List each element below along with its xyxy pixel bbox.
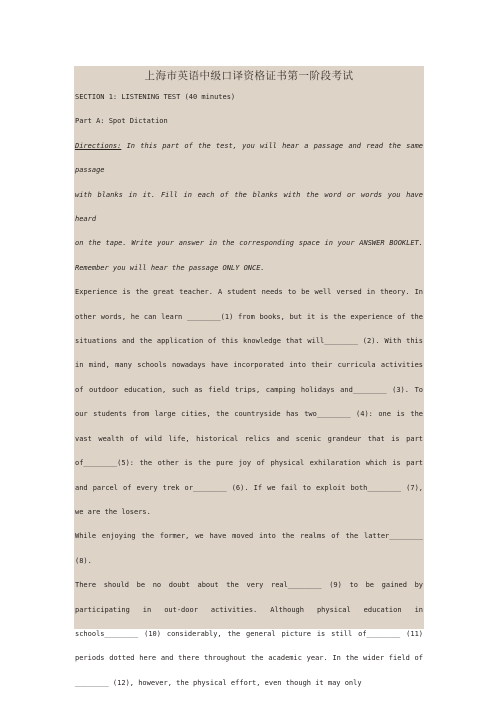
paragraph1-line-4: in mind, many schools nowadays have inco… xyxy=(75,353,423,377)
directions-line-4: Remember you will hear the passage ONLY … xyxy=(75,256,423,280)
paragraph1-line-1: Experience is the great teacher. A stude… xyxy=(75,280,423,304)
directions-line-1-text: In this part of the test, you will hear … xyxy=(75,142,423,174)
part-heading: Part A: Spot Dictation xyxy=(75,109,423,133)
paragraph2-line-6: ________ (12), however, the physical eff… xyxy=(75,671,423,695)
paragraph1-line-3: situations and the application of this k… xyxy=(75,329,423,353)
paragraph1-line-5: of outdoor education, such as field trip… xyxy=(75,378,423,402)
section-heading: SECTION 1: LISTENING TEST (40 minutes) xyxy=(75,85,423,109)
directions-line-1: Directions: In this part of the test, yo… xyxy=(75,134,423,183)
paragraph1-line-8: of________(5): the other is the pure joy… xyxy=(75,451,423,475)
paragraph1-line-6: our students from large cities, the coun… xyxy=(75,402,423,426)
paragraph1-line-10: we are the losers. xyxy=(75,500,423,524)
scanned-exam-document: 上海市英语中级口译资格证书第一阶段考试 SECTION 1: LISTENING… xyxy=(74,66,424,629)
paragraph2-line-4: schools________ (10) considerably, the g… xyxy=(75,622,423,646)
paragraph2-line-2: There should be no doubt about the very … xyxy=(75,573,423,597)
paragraph1-line-9: and parcel of every trek or________ (6).… xyxy=(75,476,423,500)
directions-line-3: on the tape. Write your answer in the co… xyxy=(75,231,423,255)
paragraph2-line-5: periods dotted here and there throughout… xyxy=(75,646,423,670)
page-background: 上海市英语中级口译资格证书第一阶段考试 SECTION 1: LISTENING… xyxy=(0,0,496,702)
paragraph2-line-1: While enjoying the former, we have moved… xyxy=(75,524,423,573)
directions-label: Directions: xyxy=(75,142,121,150)
paragraph1-line-7: vast wealth of wild life, historical rel… xyxy=(75,427,423,451)
directions-line-2: with blanks in it. Fill in each of the b… xyxy=(75,183,423,232)
exam-title: 上海市英语中级口译资格证书第一阶段考试 xyxy=(75,68,423,85)
paragraph1-line-2: other words, he can learn ________(1) fr… xyxy=(75,305,423,329)
paragraph2-line-3: participating in out-door activities. Al… xyxy=(75,598,423,622)
